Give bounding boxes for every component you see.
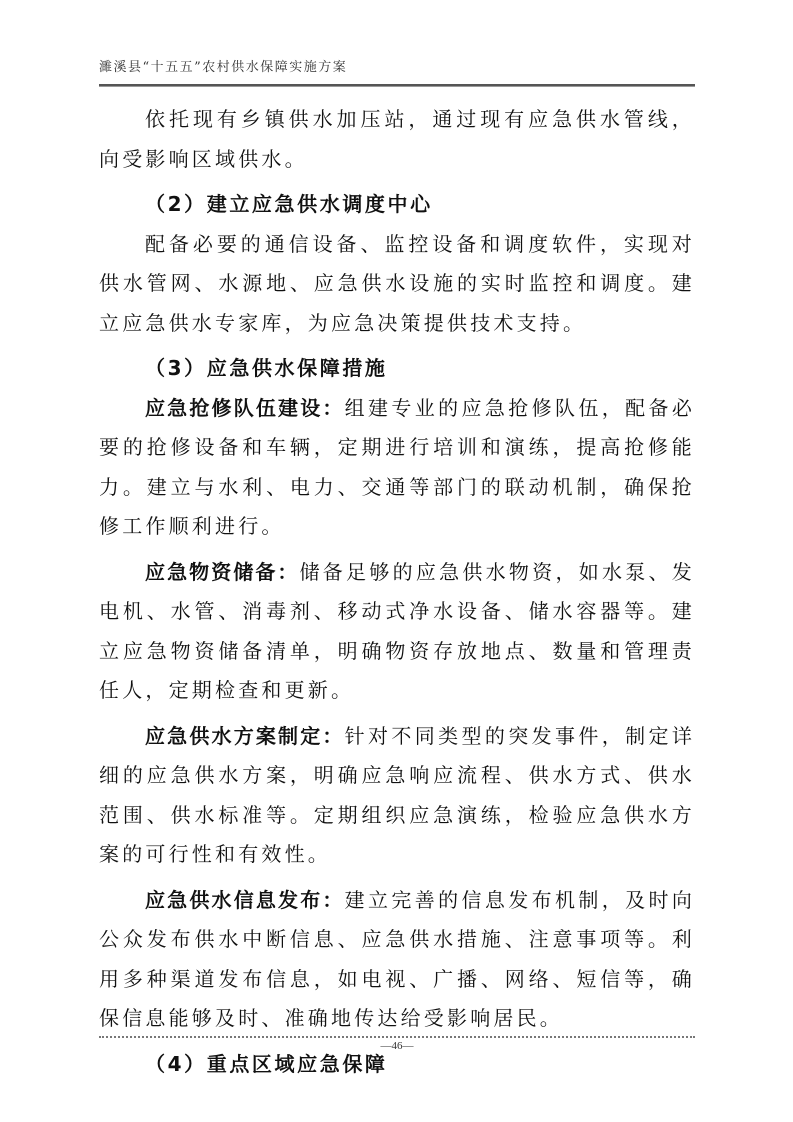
item-repair-team: 应急抢修队伍建设：组建专业的应急抢修队伍，配备必要的抢修设备和车辆，定期进行培训…: [99, 389, 695, 547]
header-divider: [99, 84, 695, 87]
document-title: 濉溪县“十五五”农村供水保障实施方案: [99, 58, 695, 78]
section-heading-2: （2）建立应急供水调度中心: [99, 185, 695, 225]
document-body: 依托现有乡镇供水加压站，通过现有应急供水管线，向受影响区域供水。 （2）建立应急…: [99, 100, 695, 1084]
page-number: —46—: [99, 1040, 695, 1052]
item-material-reserve: 应急物资储备：储备足够的应急供水物资，如水泵、发电机、水管、消毒剂、移动式净水设…: [99, 553, 695, 711]
page-footer: —46—: [99, 1036, 695, 1052]
item-lead: 应急供水信息发布：: [145, 888, 345, 912]
footer-divider: [99, 1036, 695, 1038]
item-lead: 应急抢修队伍建设：: [145, 396, 345, 420]
paragraph-supply-via-stations: 依托现有乡镇供水加压站，通过现有应急供水管线，向受影响区域供水。: [99, 100, 695, 179]
paragraph-dispatch-center: 配备必要的通信设备、监控设备和调度软件，实现对供水管网、水源地、应急供水设施的实…: [99, 225, 695, 344]
item-lead: 应急物资储备：: [145, 560, 300, 584]
page-header: 濉溪县“十五五”农村供水保障实施方案: [99, 58, 695, 87]
item-plan-formulation: 应急供水方案制定：针对不同类型的突发事件，制定详细的应急供水方案，明确应急响应流…: [99, 717, 695, 875]
item-info-release: 应急供水信息发布：建立完善的信息发布机制，及时向公众发布供水中断信息、应急供水措…: [99, 881, 695, 1039]
item-lead: 应急供水方案制定：: [145, 724, 345, 748]
section-heading-3: （3）应急供水保障措施: [99, 349, 695, 389]
